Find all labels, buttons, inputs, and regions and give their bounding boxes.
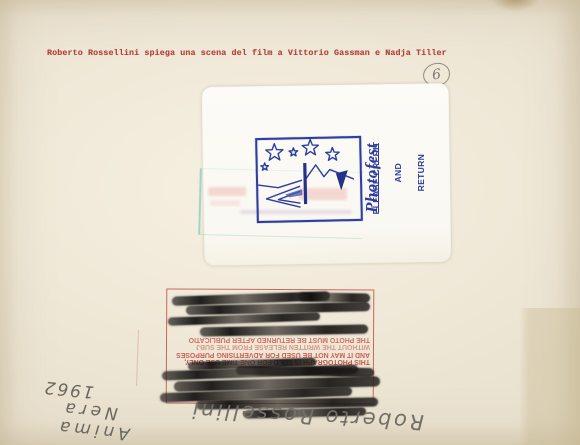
photo-back-scan: Roberto Rossellini spiega una scena del … [0,0,580,445]
credit-return-text: PLEASE CREDIT AND RETURN [371,142,427,215]
flag-triangle [336,170,348,190]
star-icon [326,147,340,160]
credit-line-2: AND [393,163,403,183]
paper-discoloration [519,308,580,445]
paper-stain [490,0,540,12]
photofest-logo-icon [257,138,355,215]
pen-scratch [136,330,139,386]
annotation-number: 6 [431,66,442,83]
credit-line-3: RETURN [416,154,426,192]
usage-stamp-line: AND IT MAY NOT BE USED FOR ADVERTISING P… [170,350,370,357]
star-icon [289,148,298,156]
marker-scribble [298,292,370,302]
typed-caption: Roberto Rossellini spiega una scena del … [47,48,447,58]
star-icon [302,139,319,155]
monolith-bar [303,163,307,204]
usage-stamp-line: THE PHOTO MUST BE RETURNED AFTER PUBLICA… [170,335,370,342]
photofest-logo-box [255,136,363,223]
faint-stamp-residue [208,187,246,196]
credit-line-1: PLEASE CREDIT [371,142,381,215]
horizon-line [258,180,302,188]
handwritten-film-title: Anima Nera 1962 [19,374,134,442]
faint-stamp-residue [210,200,240,206]
star-icon [261,163,269,170]
usage-stamp-line: WITHOUT THE WRITTEN RELEASE FROM THE SUB… [170,342,370,349]
star-icon [266,144,284,161]
